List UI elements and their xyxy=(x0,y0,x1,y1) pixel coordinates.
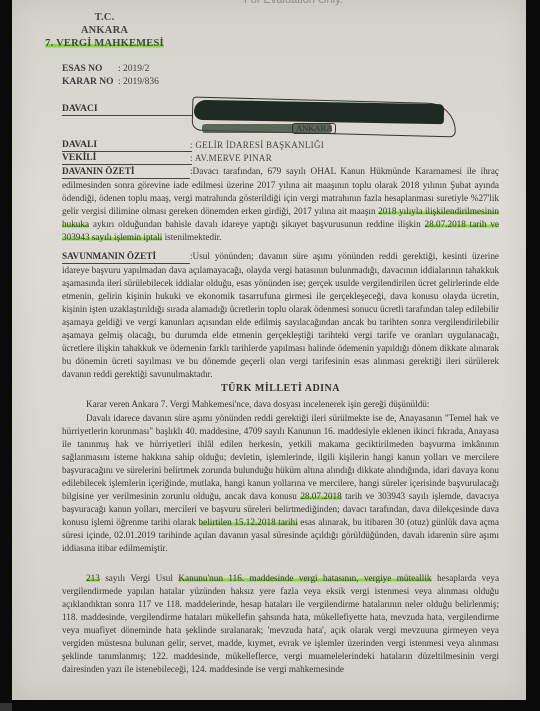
davanin-ozeti-label: DAVANIN ÖZETİ xyxy=(62,165,190,179)
esas-no-value: : 2019/2 xyxy=(118,64,149,74)
karar-no-value: : 2019/836 xyxy=(118,77,159,87)
vekili-label: VEKİLİ xyxy=(62,153,192,165)
savunmanin-ozeti-paragraph: SAVUNMANIN ÖZETİ:Usul yönünden; davanın … xyxy=(62,250,499,381)
decision-title: TÜRK MİLLETİ ADINA xyxy=(62,383,499,394)
court-document-page: For Evaluation Only. T.C. ANKARA 7. VERG… xyxy=(12,0,526,700)
evaluation-watermark: For Evaluation Only. xyxy=(244,0,343,6)
decision-p1-text: Davalı idarece davanın süre aşımı yönünd… xyxy=(62,413,499,501)
decision-p2-text-end: hesaplarda veya vergilendirmede yapılan … xyxy=(62,573,499,674)
decision-paragraph-1: Davalı idarece davanın süre aşımı yönünd… xyxy=(62,412,499,555)
court-heading: 7. VERGİ MAHKEMESİ xyxy=(17,38,192,49)
karar-no-label: KARAR NO xyxy=(62,77,118,87)
davanin-ozeti-paragraph: DAVANIN ÖZETİ:Davacı tarafından, 679 say… xyxy=(62,165,499,244)
davanin-ozeti-text-end: istenilmektedir. xyxy=(162,232,221,242)
photo-corner-artifact xyxy=(0,703,12,711)
highlight-text: Kanunu'nun 116. maddesinde vergi hatasın… xyxy=(178,573,431,583)
esas-no-row: ESAS NO: 2019/2 xyxy=(62,64,149,74)
karar-no-row: KARAR NO: 2019/836 xyxy=(62,77,159,87)
vekili-value: : AV.MERVE PINAR xyxy=(190,153,272,163)
davanin-ozeti-text-mid: aykırı olduğundan bahisle davalı idareye… xyxy=(89,219,424,229)
davali-label: DAVALI xyxy=(62,140,192,152)
court-name-highlighted: 7. VERGİ MAHKEMESİ xyxy=(45,38,164,49)
decision-paragraph-2: 213 sayılı Vergi Usul Kanunu'nun 116. ma… xyxy=(62,572,499,676)
decision-intro: Karar veren Ankara 7. Vergi Mahkemesi'nc… xyxy=(62,398,499,411)
republic-heading: T.C. xyxy=(17,12,192,23)
davaci-label: DAVACI xyxy=(62,104,192,116)
davaci-city: ANKARA xyxy=(292,123,336,134)
city-heading: ANKARA xyxy=(17,25,192,36)
savunmanin-ozeti-text: :Usul yönünden; davanın süre aşımı yönün… xyxy=(62,251,499,379)
highlight-text: 213 xyxy=(86,573,100,583)
highlight-text: 28.07.2018 xyxy=(300,491,341,501)
esas-no-label: ESAS NO xyxy=(62,64,118,74)
decision-p2-text: sayılı Vergi Usul xyxy=(100,573,179,583)
highlight-text: belirtilen 15.12.2018 tarihi xyxy=(199,517,298,527)
davali-value: : GELİR İDARESİ BAŞKANLIĞI xyxy=(190,140,324,150)
savunmanin-ozeti-label: SAVUNMANIN ÖZETİ xyxy=(62,250,190,264)
